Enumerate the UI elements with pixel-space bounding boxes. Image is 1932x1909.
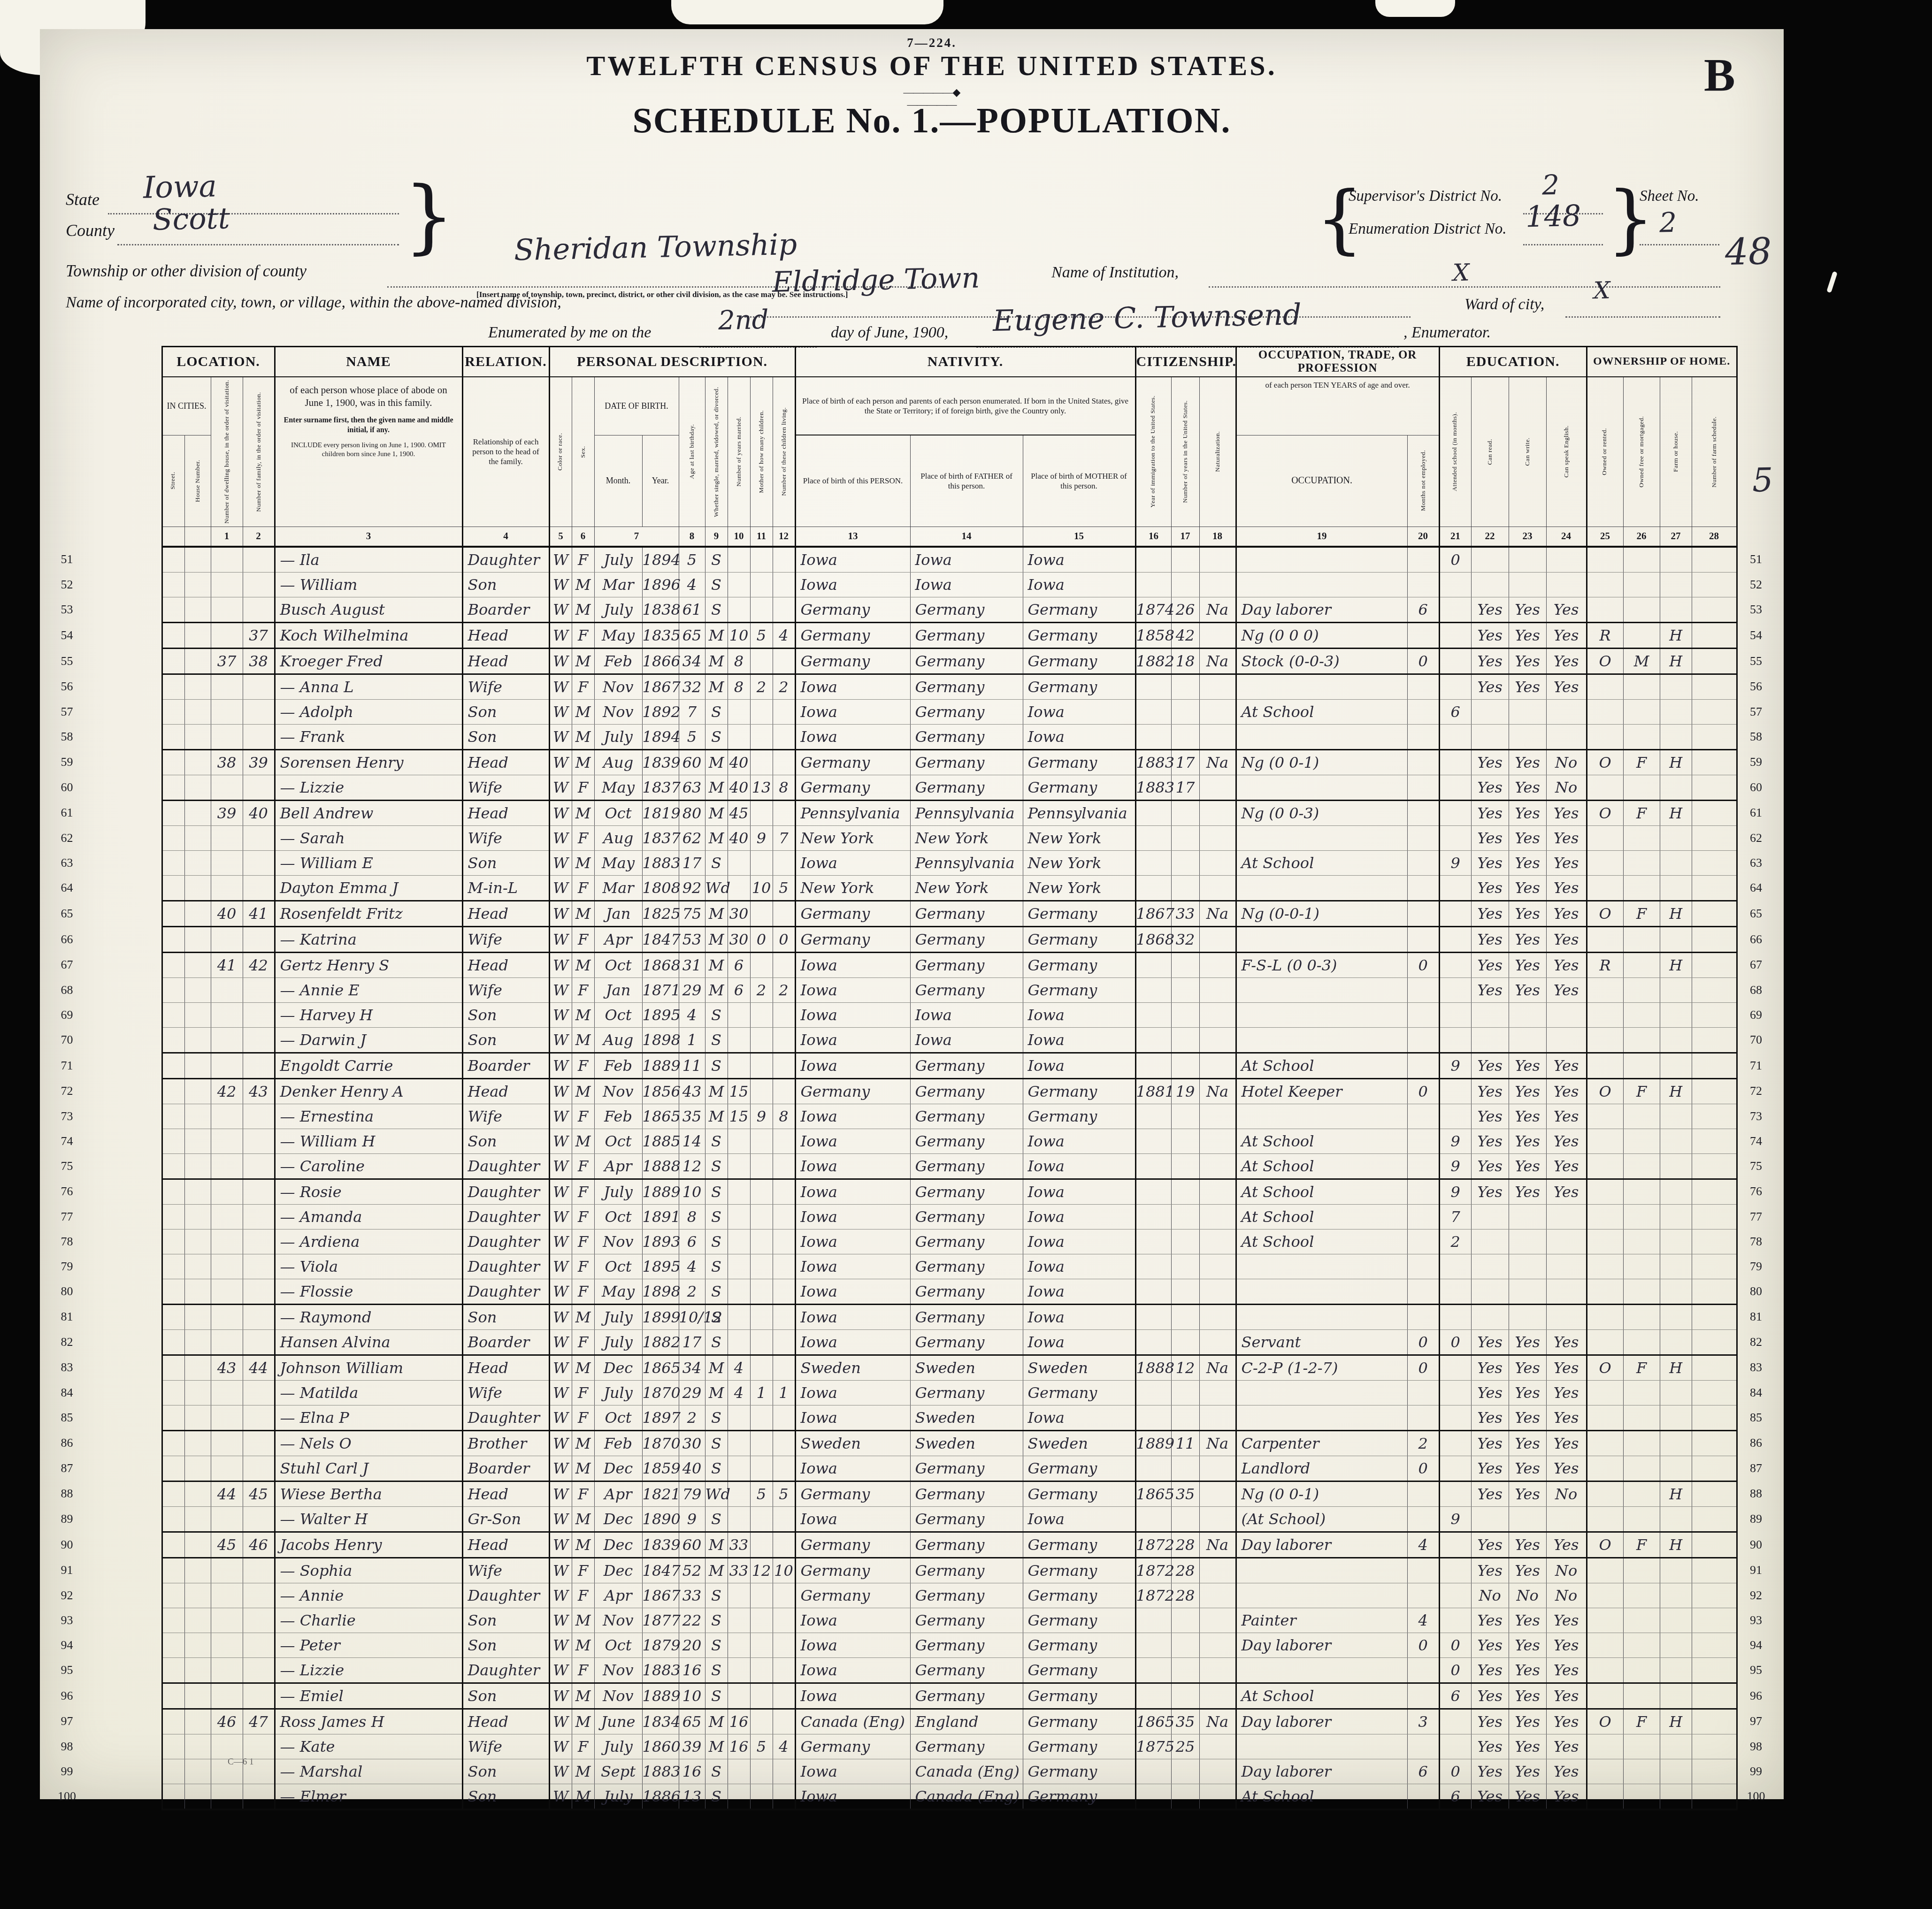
cell-street <box>162 724 184 749</box>
table-row: 73— ErnestinaWifeWFFeb186535M1598IowaGer… <box>52 1104 1774 1129</box>
cell-cr: Yes <box>1471 775 1509 800</box>
cell-fs <box>1692 699 1737 724</box>
cell-pm: Iowa <box>1023 572 1135 597</box>
cell-ra: W <box>549 1558 572 1583</box>
cell-cl <box>773 1657 795 1683</box>
cell-bm: Feb <box>594 648 642 674</box>
cell-by: 1889 <box>642 1053 679 1078</box>
cell-f <box>243 1683 275 1709</box>
scan-artifact-top-center <box>671 0 943 24</box>
cell-house <box>184 1583 211 1608</box>
cell-as: 9 <box>1439 1053 1471 1078</box>
cell-om <box>1623 1053 1660 1078</box>
cell-fs <box>1692 1430 1737 1456</box>
cell-cr: Yes <box>1471 1329 1509 1355</box>
cell-cl <box>773 1683 795 1709</box>
cell-pb: Iowa <box>795 1456 910 1481</box>
cell-na <box>1199 1683 1236 1709</box>
cell-bm: July <box>594 1784 642 1810</box>
cell-om <box>1623 1104 1660 1129</box>
group-nativity: NATIVITY. <box>795 347 1135 377</box>
cell-ce <box>1546 1254 1587 1279</box>
cell-mn: 0 <box>1407 952 1439 977</box>
cell-cl: 5 <box>773 875 795 901</box>
cell-cl: 7 <box>773 825 795 850</box>
cell-na: Na <box>1199 1532 1236 1558</box>
cell-house <box>184 674 211 699</box>
cell-oc: F-S-L (0 0-3) <box>1236 952 1407 977</box>
table-row: 89— Walter HGr-SonWMDec18909SIowaGermany… <box>52 1506 1774 1532</box>
name-desc-3: INCLUDE every person living on June 1, 1… <box>281 437 456 463</box>
cell-im <box>1135 1608 1171 1633</box>
cell-om <box>1623 977 1660 1002</box>
cell-im <box>1135 699 1171 724</box>
cell-sx: F <box>572 622 594 648</box>
cell-fs <box>1692 1683 1737 1709</box>
cell-ag: 35 <box>679 1104 705 1129</box>
cell-sx: M <box>572 1633 594 1657</box>
cell-rel: Son <box>462 1683 549 1709</box>
cell-fs <box>1692 572 1737 597</box>
cell-fs <box>1692 1558 1737 1583</box>
cell-pb: Germany <box>795 1583 910 1608</box>
cell-house <box>184 1784 211 1810</box>
cell-ce: Yes <box>1546 926 1587 952</box>
cell-yu: 35 <box>1171 1481 1199 1506</box>
group-education: EDUCATION. <box>1439 347 1587 377</box>
cell-nm: — Kate <box>275 1734 462 1759</box>
cell-oc: Stock (0-0-3) <box>1236 648 1407 674</box>
cell-nm: Dayton Emma J <box>275 875 462 901</box>
cell-fs <box>1692 1027 1737 1053</box>
cell-mc: 12 <box>750 1558 773 1583</box>
cell-ag: 39 <box>679 1734 705 1759</box>
cell-na <box>1199 1104 1236 1129</box>
cell-by: 1899 <box>642 1304 679 1329</box>
cell-cr <box>1471 1002 1509 1027</box>
row-number-right: 68 <box>1737 977 1774 1002</box>
cell-om <box>1623 1254 1660 1279</box>
cell-pm: Iowa <box>1023 1204 1135 1229</box>
cell-ra: W <box>549 547 572 573</box>
cell-rel: Son <box>462 1759 549 1784</box>
cell-house <box>184 1179 211 1204</box>
cell-ag: 65 <box>679 622 705 648</box>
cell-oc <box>1236 1002 1407 1027</box>
cell-mn <box>1407 1583 1439 1608</box>
cell-im <box>1135 1204 1171 1229</box>
cell-mc <box>750 1456 773 1481</box>
cell-om <box>1623 1229 1660 1254</box>
cell-cw <box>1509 724 1546 749</box>
cell-ce: Yes <box>1546 1759 1587 1784</box>
cell-om <box>1623 622 1660 648</box>
cell-f <box>243 1506 275 1532</box>
gutter-spacer <box>82 1053 162 1078</box>
cell-na <box>1199 1380 1236 1405</box>
cell-by: 1898 <box>642 1279 679 1304</box>
cell-pb: Iowa <box>795 1608 910 1633</box>
cell-or <box>1587 977 1623 1002</box>
cell-im: 1883 <box>1135 775 1171 800</box>
cell-cw: Yes <box>1509 1784 1546 1810</box>
cell-ym: 30 <box>728 901 750 926</box>
table-row: 66— KatrinaWifeWFApr184753M3000GermanyGe… <box>52 926 1774 952</box>
cell-house <box>184 749 211 775</box>
cell-by: 1838 <box>642 597 679 622</box>
cell-sx: F <box>572 1481 594 1506</box>
gutter-spacer <box>82 775 162 800</box>
row-number-right: 82 <box>1737 1329 1774 1355</box>
cell-cr: Yes <box>1471 825 1509 850</box>
cell-im <box>1135 724 1171 749</box>
cell-d <box>211 1683 243 1709</box>
cell-f <box>243 977 275 1002</box>
cell-im: 1888 <box>1135 1355 1171 1380</box>
cell-by: 1866 <box>642 648 679 674</box>
cell-d <box>211 926 243 952</box>
cell-rel: Wife <box>462 674 549 699</box>
cell-by: 1865 <box>642 1355 679 1380</box>
cell-cw: Yes <box>1509 1657 1546 1683</box>
cell-ms: S <box>705 1153 728 1179</box>
cell-cr: Yes <box>1471 1129 1509 1153</box>
cell-ag: 10 <box>679 1179 705 1204</box>
cell-fs <box>1692 952 1737 977</box>
gutter-spacer <box>82 749 162 775</box>
cell-ra: W <box>549 1104 572 1129</box>
cell-ce <box>1546 547 1587 573</box>
cell-f <box>243 875 275 901</box>
schedule-title: SCHEDULE No. 1.—POPULATION. <box>486 100 1378 141</box>
gutter-spacer <box>82 1254 162 1279</box>
cell-fh <box>1660 547 1692 573</box>
cell-bm: Apr <box>594 1481 642 1506</box>
cell-mc <box>750 901 773 926</box>
cell-cl <box>773 901 795 926</box>
cell-yu <box>1171 1608 1199 1633</box>
cell-as: 6 <box>1439 699 1471 724</box>
cell-ms: Wd <box>705 1481 728 1506</box>
cell-rel: Daughter <box>462 1153 549 1179</box>
cell-fs <box>1692 1179 1737 1204</box>
cell-fh <box>1660 1558 1692 1583</box>
cell-ra: W <box>549 572 572 597</box>
cell-cl: 0 <box>773 926 795 952</box>
row-number-left: 60 <box>52 775 82 800</box>
cell-pf: Germany <box>910 1279 1023 1304</box>
cell-im <box>1135 1254 1171 1279</box>
cell-house <box>184 622 211 648</box>
cell-oc <box>1236 977 1407 1002</box>
cell-yu <box>1171 674 1199 699</box>
cell-na <box>1199 699 1236 724</box>
cell-street <box>162 977 184 1002</box>
cell-pf: Germany <box>910 1229 1023 1254</box>
cell-im <box>1135 1279 1171 1304</box>
cell-f <box>243 1734 275 1759</box>
table-row: 68— Annie EWifeWFJan187129M622IowaGerman… <box>52 977 1774 1002</box>
cell-ce: Yes <box>1546 952 1587 977</box>
cell-om <box>1623 1608 1660 1633</box>
table-row: 87Stuhl Carl JBoarderWMDec185940SIowaGer… <box>52 1456 1774 1481</box>
cell-mc <box>750 1405 773 1430</box>
cell-d <box>211 1456 243 1481</box>
cell-pf: Germany <box>910 1608 1023 1633</box>
cell-oc: At School <box>1236 1053 1407 1078</box>
cell-street <box>162 1229 184 1254</box>
cell-or: O <box>1587 749 1623 775</box>
cell-nm: Ross James H <box>275 1709 462 1734</box>
cell-sx: M <box>572 699 594 724</box>
cell-pb: New York <box>795 825 910 850</box>
cell-nm: — Katrina <box>275 926 462 952</box>
table-row: 93— CharlieSonWMNov187722SIowaGermanyGer… <box>52 1608 1774 1633</box>
cell-ra: W <box>549 1153 572 1179</box>
cell-oc: (At School) <box>1236 1506 1407 1532</box>
colnum-9: 9 <box>705 527 728 547</box>
row-number-left: 95 <box>52 1657 82 1683</box>
row-number-left: 68 <box>52 977 82 1002</box>
row-number-right: 88 <box>1737 1481 1774 1506</box>
cell-bm: May <box>594 1279 642 1304</box>
cell-rel: Daughter <box>462 1229 549 1254</box>
cell-cw: Yes <box>1509 1179 1546 1204</box>
cell-mc <box>750 547 773 573</box>
cell-pm: Iowa <box>1023 1002 1135 1027</box>
cell-cr: Yes <box>1471 597 1509 622</box>
cell-ag: 40 <box>679 1456 705 1481</box>
cell-ag: 32 <box>679 674 705 699</box>
census-scan-page: { "page": { "form_number": "7—224.", "ti… <box>0 0 1932 1909</box>
cell-street <box>162 926 184 952</box>
cell-ce <box>1546 1002 1587 1027</box>
cell-as <box>1439 825 1471 850</box>
cell-or <box>1587 1456 1623 1481</box>
cell-oc <box>1236 547 1407 573</box>
cell-ce: Yes <box>1546 977 1587 1002</box>
census-table: LOCATION. NAME RELATION. PERSONAL DESCRI… <box>52 346 1774 1810</box>
cell-ms: S <box>705 1430 728 1456</box>
table-row: 85— Elna PDaughterWFOct18972SIowaSwedenI… <box>52 1405 1774 1430</box>
cell-f <box>243 1558 275 1583</box>
cell-mc: 0 <box>750 926 773 952</box>
cell-rel: Son <box>462 850 549 875</box>
cell-fh: H <box>1660 1532 1692 1558</box>
col-children-living: Number of these children living. <box>773 377 795 527</box>
cell-pb: Iowa <box>795 1683 910 1709</box>
cell-ym <box>728 1608 750 1633</box>
cell-sx: F <box>572 1104 594 1129</box>
cell-ms: M <box>705 800 728 825</box>
cell-mc <box>750 1430 773 1456</box>
cell-d <box>211 825 243 850</box>
cell-ym: 45 <box>728 800 750 825</box>
cell-nm: — Anna L <box>275 674 462 699</box>
cell-ce: Yes <box>1546 1683 1587 1709</box>
cell-house <box>184 926 211 952</box>
cell-house <box>184 901 211 926</box>
cell-ra: W <box>549 749 572 775</box>
cell-bm: July <box>594 547 642 573</box>
cell-yu <box>1171 1759 1199 1784</box>
cell-street <box>162 901 184 926</box>
cell-fh <box>1660 1683 1692 1709</box>
cell-street <box>162 1329 184 1355</box>
cell-f: 39 <box>243 749 275 775</box>
cell-rel: Head <box>462 1709 549 1734</box>
cell-im <box>1135 1380 1171 1405</box>
enumerated-prefix: Enumerated by me on the <box>488 324 651 342</box>
cell-cr <box>1471 1506 1509 1532</box>
cell-oc <box>1236 572 1407 597</box>
row-number-left: 63 <box>52 850 82 875</box>
cell-d: 46 <box>211 1709 243 1734</box>
cell-oc: At School <box>1236 1204 1407 1229</box>
cell-mn <box>1407 1002 1439 1027</box>
cell-rel: Daughter <box>462 1179 549 1204</box>
cell-yu <box>1171 1129 1199 1153</box>
cell-rel: Head <box>462 1532 549 1558</box>
cell-pb: Iowa <box>795 1304 910 1329</box>
cell-pf: Germany <box>910 1633 1023 1657</box>
cell-ce: Yes <box>1546 1532 1587 1558</box>
cell-ra: W <box>549 1430 572 1456</box>
cell-mc <box>750 1204 773 1229</box>
cell-nm: — Elmer <box>275 1784 462 1810</box>
cell-om <box>1623 1380 1660 1405</box>
cell-as: 9 <box>1439 1506 1471 1532</box>
cell-cr <box>1471 1229 1509 1254</box>
scan-artifact-right-dot <box>1826 271 1838 293</box>
cell-im <box>1135 1329 1171 1355</box>
cell-cr: Yes <box>1471 875 1509 901</box>
cell-mn: 4 <box>1407 1608 1439 1633</box>
gutter-spacer <box>82 1633 162 1657</box>
cell-pf: Germany <box>910 1078 1023 1104</box>
cell-pm: Pennsylvania <box>1023 800 1135 825</box>
cell-rel: Head <box>462 901 549 926</box>
cell-na <box>1199 875 1236 901</box>
cell-cr: Yes <box>1471 1104 1509 1129</box>
cell-cw: Yes <box>1509 926 1546 952</box>
gutter-spacer <box>82 1532 162 1558</box>
cell-as <box>1439 977 1471 1002</box>
row-number-right: 53 <box>1737 597 1774 622</box>
cell-mc: 2 <box>750 674 773 699</box>
cell-cr: Yes <box>1471 1683 1509 1709</box>
colnum-18: 18 <box>1199 527 1236 547</box>
cell-ms: M <box>705 1380 728 1405</box>
cell-or <box>1587 1759 1623 1784</box>
cell-street <box>162 1532 184 1558</box>
cell-im <box>1135 800 1171 825</box>
cell-na <box>1199 1657 1236 1683</box>
cell-by: 1808 <box>642 875 679 901</box>
row-number-left: 76 <box>52 1179 82 1204</box>
cell-cw <box>1509 1506 1546 1532</box>
cell-as <box>1439 1608 1471 1633</box>
cell-ce: No <box>1546 1481 1587 1506</box>
colnum-13: 13 <box>795 527 910 547</box>
col-free-mortgaged: Owned free or mortgaged. <box>1623 377 1660 527</box>
cell-f: 46 <box>243 1532 275 1558</box>
cell-ag: 4 <box>679 1254 705 1279</box>
cell-ag: 61 <box>679 597 705 622</box>
gutter-spacer <box>82 1683 162 1709</box>
cell-street <box>162 1204 184 1229</box>
cell-rel: Daughter <box>462 1279 549 1304</box>
cell-ym: 33 <box>728 1532 750 1558</box>
cell-cl <box>773 1304 795 1329</box>
cell-fs <box>1692 1759 1737 1784</box>
cell-or <box>1587 1053 1623 1078</box>
cell-as <box>1439 800 1471 825</box>
cell-fh: H <box>1660 1481 1692 1506</box>
row-number-left: 55 <box>52 648 82 674</box>
cell-nm: — Rosie <box>275 1179 462 1204</box>
cell-ym: 8 <box>728 648 750 674</box>
cell-fs <box>1692 1481 1737 1506</box>
cell-nm: — Flossie <box>275 1279 462 1304</box>
cell-im: 1868 <box>1135 926 1171 952</box>
cell-cl <box>773 597 795 622</box>
col-can-write: Can write. <box>1509 377 1546 527</box>
cell-pb: Iowa <box>795 547 910 573</box>
cell-pf: Germany <box>910 674 1023 699</box>
cell-mn <box>1407 1481 1439 1506</box>
cell-as: 0 <box>1439 1633 1471 1657</box>
cell-bm: Aug <box>594 1027 642 1053</box>
cell-pf: Germany <box>910 901 1023 926</box>
row-number-right: 84 <box>1737 1380 1774 1405</box>
cell-pf: Sweden <box>910 1355 1023 1380</box>
cell-na <box>1199 1329 1236 1355</box>
table-row: 79— ViolaDaughterWFOct18954SIowaGermanyI… <box>52 1254 1774 1279</box>
cell-ce: Yes <box>1546 850 1587 875</box>
colnum-10: 10 <box>728 527 750 547</box>
cell-pb: Iowa <box>795 1405 910 1430</box>
cell-pm: Germany <box>1023 1784 1135 1810</box>
cell-pm: Sweden <box>1023 1430 1135 1456</box>
cell-by: 1847 <box>642 1558 679 1583</box>
cell-ra: W <box>549 800 572 825</box>
cell-ms: M <box>705 977 728 1002</box>
cell-mc: 2 <box>750 977 773 1002</box>
cell-by: 1870 <box>642 1380 679 1405</box>
row-number-left: 81 <box>52 1304 82 1329</box>
cell-ag: 10 <box>679 1683 705 1709</box>
cell-yu: 26 <box>1171 597 1199 622</box>
cell-house <box>184 1430 211 1456</box>
cell-ce: Yes <box>1546 597 1587 622</box>
cell-yu <box>1171 699 1199 724</box>
cell-pm: Germany <box>1023 1657 1135 1683</box>
cell-cw <box>1509 1254 1546 1279</box>
cell-d <box>211 1002 243 1027</box>
cell-cr <box>1471 572 1509 597</box>
cell-rel: Head <box>462 749 549 775</box>
cell-cl: 5 <box>773 1481 795 1506</box>
colnum-blank-street <box>162 527 184 547</box>
cell-d <box>211 1506 243 1532</box>
cell-cl <box>773 1204 795 1229</box>
cell-mc <box>750 1683 773 1709</box>
cell-ce: Yes <box>1546 1405 1587 1430</box>
cell-sx: M <box>572 1759 594 1784</box>
cell-bm: July <box>594 1734 642 1759</box>
cell-na: Na <box>1199 1430 1236 1456</box>
